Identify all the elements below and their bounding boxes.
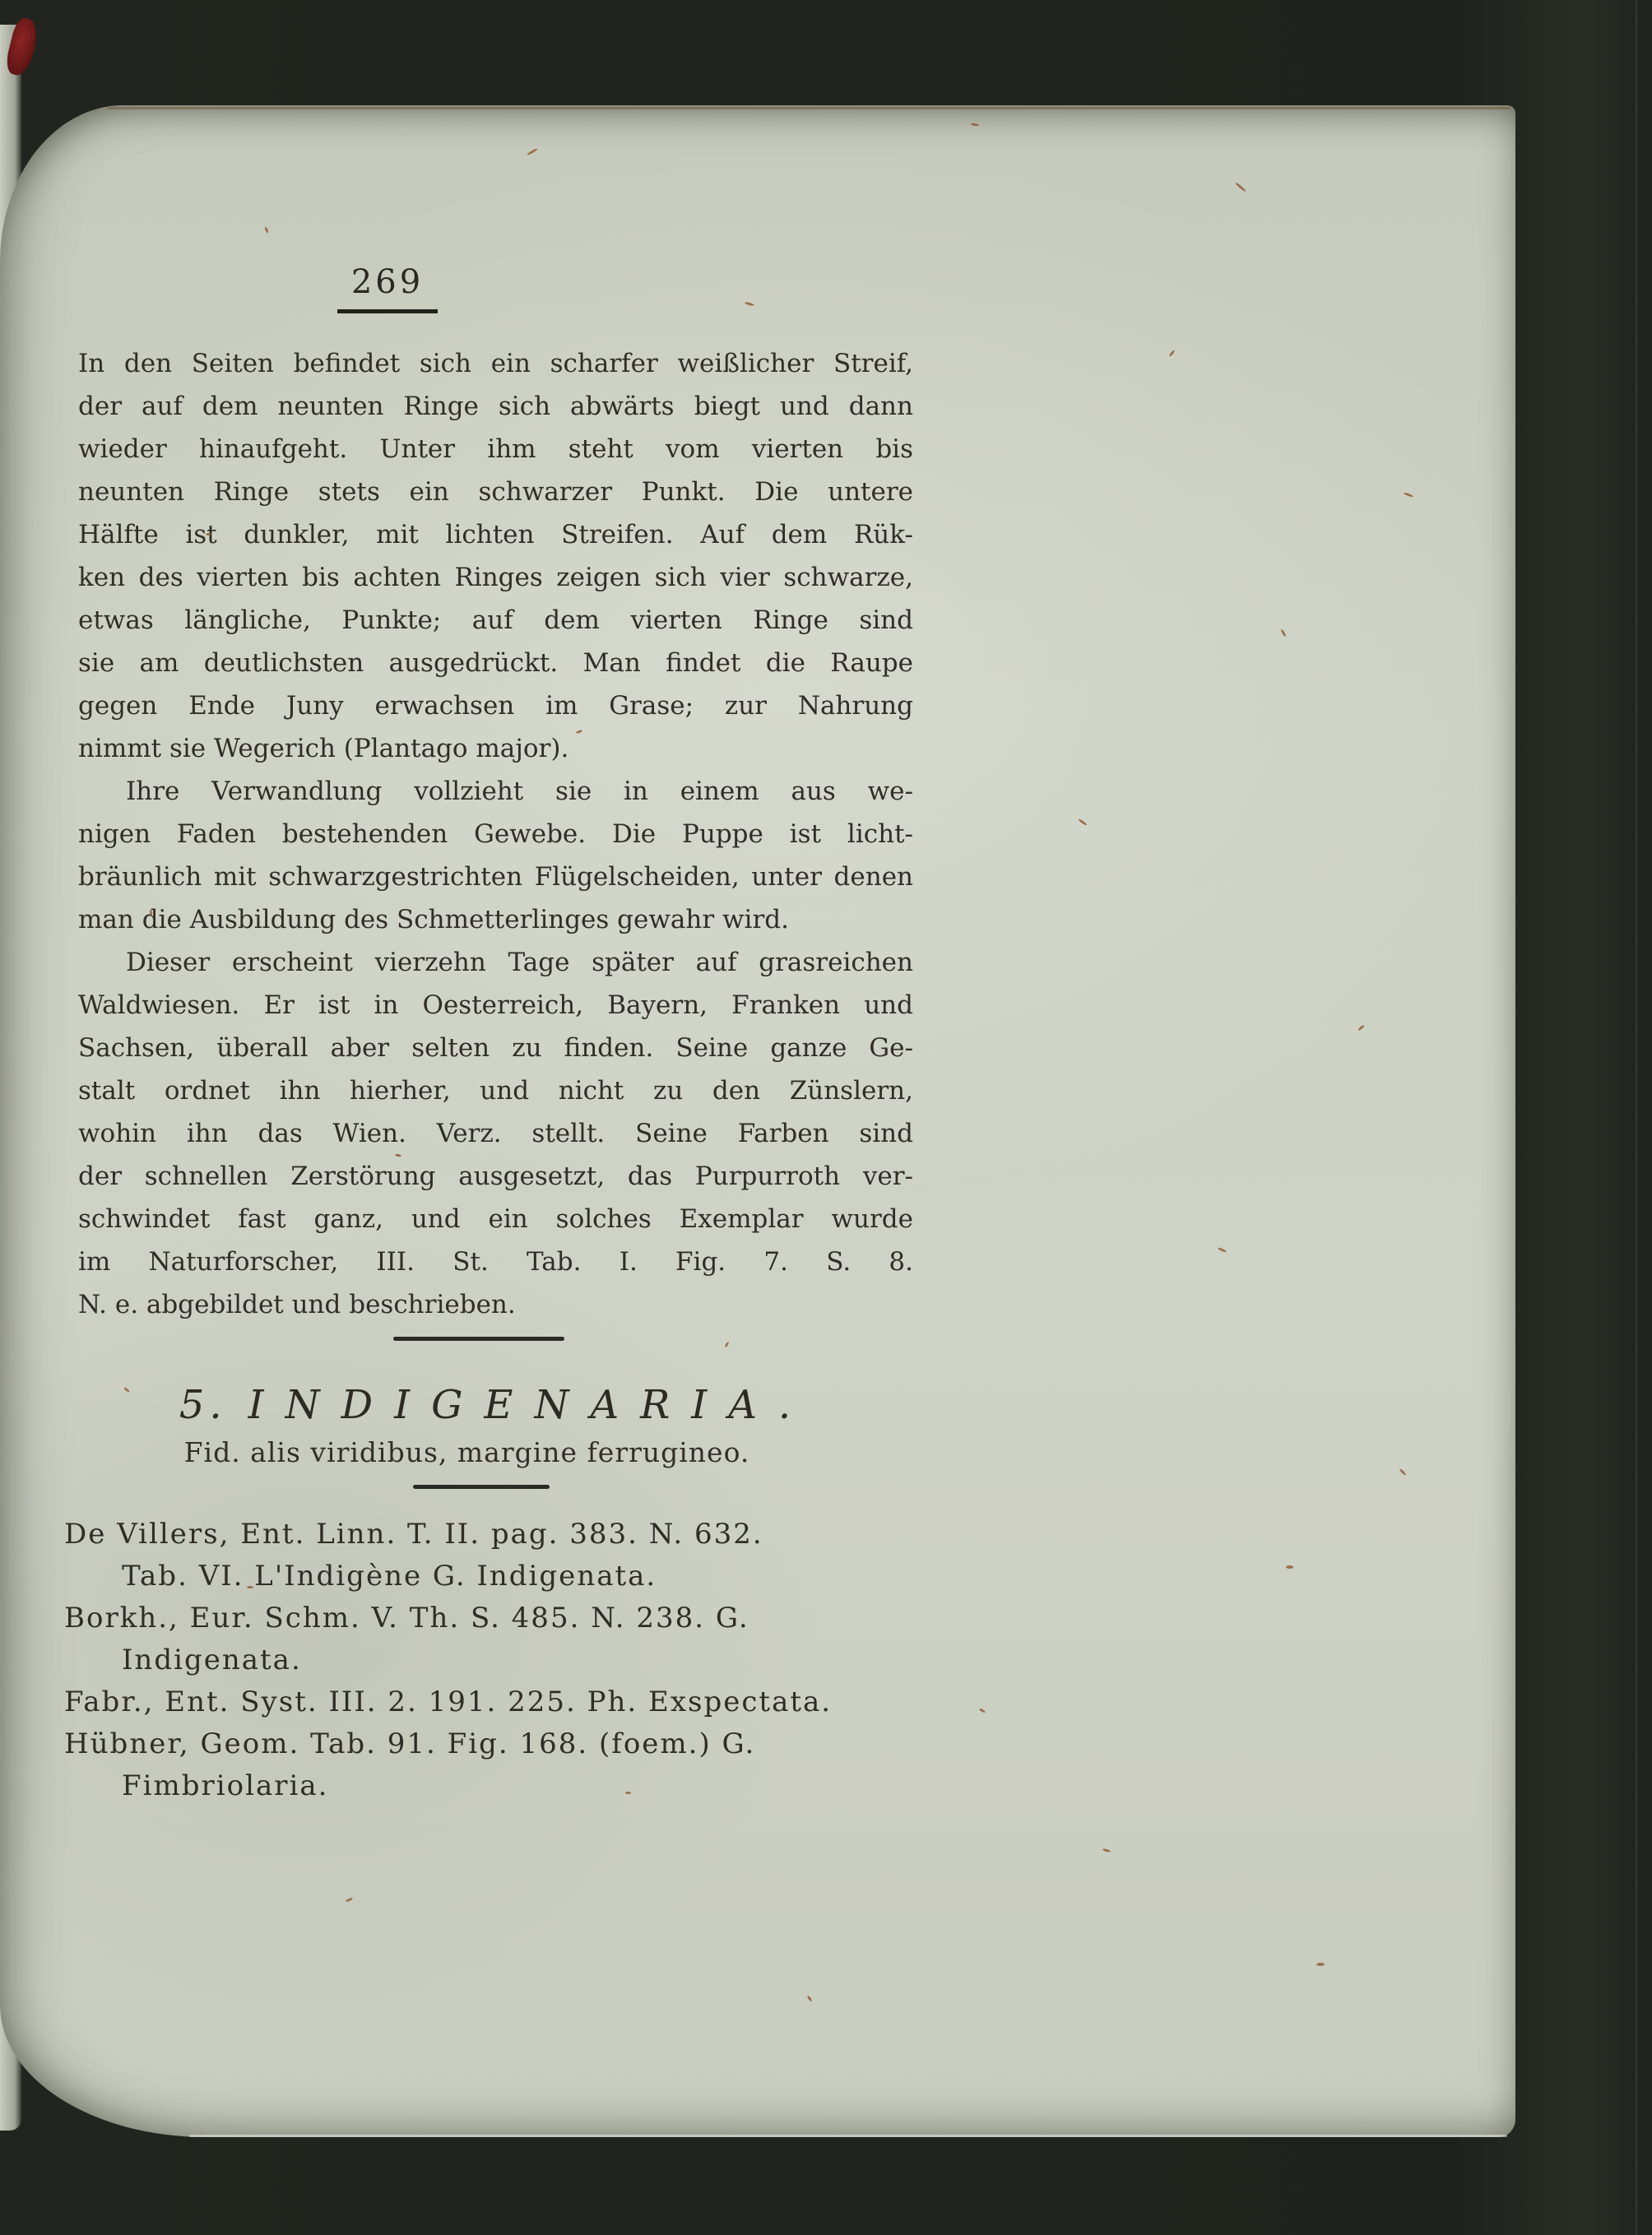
text-line: etwas längliche, Punkte; auf dem vierten…: [78, 599, 913, 642]
text-line: nigen Faden bestehenden Gewebe. Die Pupp…: [78, 813, 913, 856]
foxing-speck: [971, 123, 979, 127]
reference-line: Indigenata.: [122, 1639, 920, 1681]
foxing-speck: [1102, 1848, 1111, 1852]
text-line: nimmt sie Wegerich (Plantago major).: [78, 727, 913, 770]
reference-entry: Hübner, Geom. Tab. 91. Fig. 168. (foem.)…: [64, 1723, 920, 1807]
foxing-speck: [264, 226, 269, 234]
text-line: schwindet fast ganz, und ein solches Exe…: [78, 1198, 913, 1240]
foxing-speck: [206, 533, 211, 536]
text-line: In den Seiten befindet sich ein scharfer…: [78, 342, 913, 385]
scan-background: 269 In den Seiten befindet sich ein scha…: [0, 0, 1652, 2235]
foxing-speck: [1286, 1565, 1293, 1569]
text-line: Hälfte ist dunkler, mit lichten Streifen…: [78, 513, 913, 556]
reference-line: Fabr., Ent. Syst. III. 2. 191. 225. Ph. …: [64, 1681, 920, 1723]
reference-entry: De Villers, Ent. Linn. T. II. pag. 383. …: [64, 1514, 920, 1597]
reference-line: Borkh., Eur. Schm. V. Th. S. 485. N. 238…: [64, 1597, 920, 1639]
text-line: gegen Ende Juny erwachsen im Grase; zur …: [78, 684, 913, 727]
text-line: wieder hinaufgeht. Unter ihm steht vom v…: [78, 428, 913, 471]
foxing-speck: [1404, 492, 1413, 498]
foxing-speck: [724, 1342, 729, 1348]
foxing-speck: [1357, 1024, 1365, 1031]
foxing-speck: [1218, 1247, 1227, 1253]
reference-line: Hübner, Geom. Tab. 91. Fig. 168. (foem.)…: [64, 1723, 920, 1765]
text-line: Sachsen, überall aber selten zu finden. …: [78, 1027, 913, 1069]
foxing-speck: [527, 148, 538, 156]
separator-rule-subtitle: [413, 1485, 550, 1489]
foxing-speck: [346, 1897, 353, 1903]
foxing-speck: [979, 1708, 986, 1713]
text-line: im Naturforscher, III. St. Tab. I. Fig. …: [78, 1240, 913, 1283]
body-paragraphs: In den Seiten befindet sich ein scharfer…: [78, 342, 913, 1326]
foxing-speck: [806, 1995, 812, 2001]
text-line: Waldwiesen. Er ist in Oesterreich, Bayer…: [78, 984, 913, 1027]
foxing-speck: [1399, 1468, 1406, 1476]
reference-entry: Borkh., Eur. Schm. V. Th. S. 485. N. 238…: [64, 1597, 920, 1681]
reference-list: De Villers, Ent. Linn. T. II. pag. 383. …: [64, 1514, 920, 1807]
foxing-speck: [625, 1792, 631, 1794]
reference-entry: Fabr., Ent. Syst. III. 2. 191. 225. Ph. …: [64, 1681, 920, 1723]
text-line: bräunlich mit schwarzgestrichten Flügels…: [78, 856, 913, 898]
page-number: 269: [337, 263, 438, 313]
section-heading: 5.INDIGENARIA.: [78, 1382, 913, 1428]
foxing-speck: [1316, 1963, 1325, 1966]
book-page: 269 In den Seiten befindet sich ein scha…: [0, 105, 1515, 2137]
text-line: stalt ordnet ihn hierher, und nicht zu d…: [78, 1069, 913, 1112]
foxing-speck: [1168, 350, 1175, 357]
foxing-speck: [745, 301, 754, 306]
text-line: man die Ausbildung des Schmetterlinges g…: [78, 898, 913, 941]
section-subtitle: Fid. alis viridibus, margine ferrugineo.: [49, 1436, 884, 1468]
section-number: 5.: [179, 1382, 227, 1428]
text-line: der auf dem neunten Ringe sich abwärts b…: [78, 385, 913, 428]
text-line: der schnellen Zerstörung ausgesetzt, das…: [78, 1155, 913, 1198]
paragraph: Dieser erscheint vierzehn Tage später au…: [78, 941, 913, 1326]
separator-rule-top: [393, 1337, 564, 1341]
section-title: INDIGENARIA.: [248, 1382, 812, 1428]
text-line: wohin ihn das Wien. Verz. stellt. Seine …: [78, 1112, 913, 1155]
reference-line: Tab. VI. L'Indigène G. Indigenata.: [122, 1556, 920, 1597]
paragraph: In den Seiten befindet sich ein scharfer…: [78, 342, 913, 770]
reference-line: De Villers, Ent. Linn. T. II. pag. 383. …: [64, 1514, 920, 1556]
scanner-edge-line: [1636, 0, 1637, 2235]
text-line: ken des vierten bis achten Ringes zeigen…: [78, 556, 913, 599]
text-line: Dieser erscheint vierzehn Tage später au…: [78, 941, 913, 984]
text-line: Ihre Verwandlung vollzieht sie in einem …: [78, 770, 913, 813]
foxing-speck: [1235, 182, 1246, 192]
text-line: N. e. abgebildet und beschrieben.: [78, 1283, 913, 1326]
foxing-speck: [1078, 818, 1088, 826]
text-line: sie am deutlichsten ausgedrückt. Man fin…: [78, 642, 913, 684]
foxing-speck: [1280, 628, 1287, 637]
foxing-speck: [247, 1586, 253, 1588]
paragraph: Ihre Verwandlung vollzieht sie in einem …: [78, 770, 913, 941]
reference-line: Fimbriolaria.: [122, 1765, 920, 1807]
text-line: neunten Ringe stets ein schwarzer Punkt.…: [78, 471, 913, 513]
